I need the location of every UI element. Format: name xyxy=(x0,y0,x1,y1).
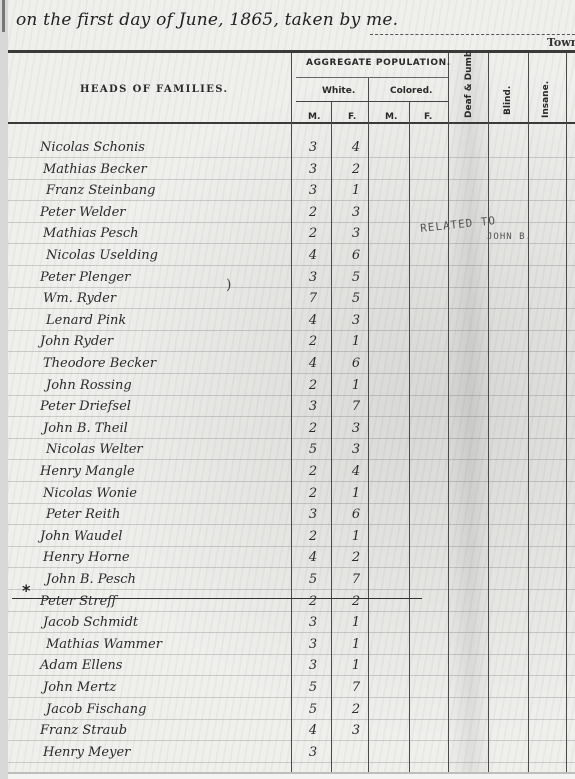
head-of-family-name: John Ryder xyxy=(40,334,113,349)
row-rule xyxy=(8,459,575,460)
town-label: Town xyxy=(547,36,575,49)
white-female-count: 7 xyxy=(346,399,366,414)
row-rule xyxy=(8,481,575,482)
white-male-count: 2 xyxy=(303,378,323,393)
check-mark: ) xyxy=(226,277,231,293)
row-rule xyxy=(8,157,575,158)
white-female-count: 3 xyxy=(346,226,366,241)
head-of-family-name: John Mertz xyxy=(43,680,116,695)
col-divider xyxy=(566,53,567,772)
white-male-count: 3 xyxy=(303,658,323,673)
head-of-family-name: Henry Horne xyxy=(43,550,130,565)
white-male-count: 3 xyxy=(303,162,323,177)
white-header: White. xyxy=(322,86,355,96)
head-of-family-name: Mathias Wammer xyxy=(46,637,162,652)
row-rule xyxy=(8,697,575,698)
white-male-count: 5 xyxy=(303,702,323,717)
head-of-family-name: Franz Steinbang xyxy=(46,183,155,198)
row-rule xyxy=(8,243,575,244)
white-female-count: 2 xyxy=(346,162,366,177)
white-male-count: 3 xyxy=(303,140,323,155)
head-of-family-name: Theodore Becker xyxy=(43,356,156,371)
white-male-count: 2 xyxy=(303,594,323,609)
white-female-count: 2 xyxy=(346,550,366,565)
white-female-count: 1 xyxy=(346,658,366,673)
colored-female-header: F. xyxy=(424,112,432,122)
white-male-count: 2 xyxy=(303,334,323,349)
white-female-count: 2 xyxy=(346,594,366,609)
white-male-count: 4 xyxy=(303,550,323,565)
white-male-count: 3 xyxy=(303,615,323,630)
white-male-count: 3 xyxy=(303,270,323,285)
head-of-family-name: Peter Streff xyxy=(40,594,116,609)
white-female-count: 3 xyxy=(346,421,366,436)
row-rule xyxy=(8,179,575,180)
white-female-count: 1 xyxy=(346,529,366,544)
white-female-count: 3 xyxy=(346,723,366,738)
white-male-count: 3 xyxy=(303,507,323,522)
row-rule xyxy=(8,395,575,396)
col-divider xyxy=(448,53,449,772)
white-male-count: 3 xyxy=(303,399,323,414)
row-rule xyxy=(8,675,575,676)
row-rule xyxy=(8,438,575,439)
white-female-count: 1 xyxy=(346,486,366,501)
header-subrule xyxy=(296,101,448,102)
head-of-family-name: Wm. Ryder xyxy=(43,291,116,306)
head-of-family-name: John Waudel xyxy=(40,529,122,544)
row-rule xyxy=(8,287,575,288)
white-female-count: 2 xyxy=(346,702,366,717)
white-female-count: 3 xyxy=(346,442,366,457)
row-rule xyxy=(8,330,575,331)
white-male-count: 5 xyxy=(303,680,323,695)
row-rule xyxy=(8,524,575,525)
white-male-count: 4 xyxy=(303,313,323,328)
head-of-family-name: Mathias Becker xyxy=(43,162,147,177)
head-of-family-name: John B. Pesch xyxy=(46,572,136,587)
white-female-count: 7 xyxy=(346,680,366,695)
head-of-family-name: Franz Straub xyxy=(40,723,127,738)
head-of-family-name: Henry Mangle xyxy=(40,464,135,479)
row-rule xyxy=(8,308,575,309)
dotted-rule xyxy=(370,34,575,35)
row-rule xyxy=(8,611,575,612)
white-male-count: 2 xyxy=(303,464,323,479)
scan-shadow xyxy=(448,50,493,772)
scan-edge xyxy=(0,0,8,779)
white-female-count: 3 xyxy=(346,205,366,220)
row-rule xyxy=(8,567,575,568)
heads-of-families-header: HEADS OF FAMILIES. xyxy=(80,84,228,95)
row-rule xyxy=(8,740,575,741)
white-female-count: 7 xyxy=(346,572,366,587)
related-annotation-name: JOHN B. xyxy=(487,232,532,242)
colored-male-header: M. xyxy=(385,112,397,122)
white-female-count: 4 xyxy=(346,464,366,479)
white-male-count: 5 xyxy=(303,572,323,587)
white-male-count: 2 xyxy=(303,226,323,241)
head-of-family-name: Nicolas Uselding xyxy=(46,248,158,263)
white-female-count: 1 xyxy=(346,334,366,349)
white-female-count: 6 xyxy=(346,356,366,371)
white-female-count: 3 xyxy=(346,313,366,328)
head-of-family-name: Adam Ellens xyxy=(40,658,122,673)
head-of-family-name: Peter Reith xyxy=(46,507,120,522)
head-of-family-name: Peter Welder xyxy=(40,205,126,220)
white-female-count: 5 xyxy=(346,270,366,285)
row-rule xyxy=(8,654,575,655)
head-of-family-name: Nicolas Welter xyxy=(46,442,143,457)
head-of-family-name: Mathias Pesch xyxy=(43,226,139,241)
white-male-count: 4 xyxy=(303,248,323,263)
row-rule xyxy=(8,200,575,201)
head-of-family-name: Lenard Pink xyxy=(46,313,126,328)
col-divider xyxy=(368,78,369,772)
white-female-count: 6 xyxy=(346,248,366,263)
head-of-family-name: John Rossing xyxy=(46,378,132,393)
head-of-family-name: Jacob Fischang xyxy=(46,702,146,717)
white-male-count: 4 xyxy=(303,723,323,738)
white-female-count: 4 xyxy=(346,140,366,155)
colored-header: Colored. xyxy=(390,86,432,96)
aggregate-population-header: AGGREGATE POPULATION. xyxy=(306,58,451,68)
col-divider xyxy=(528,53,529,772)
head-of-family-name: Jacob Schmidt xyxy=(43,615,138,630)
col-divider xyxy=(291,53,292,772)
entry-underline xyxy=(12,598,422,599)
white-male-count: 2 xyxy=(303,486,323,501)
blind-header: Blind. xyxy=(503,86,513,115)
white-male-count: 4 xyxy=(303,356,323,371)
row-rule xyxy=(8,351,575,352)
white-female-count: 1 xyxy=(346,183,366,198)
head-of-family-name: Nicolas Wonie xyxy=(43,486,137,501)
white-female-count: 1 xyxy=(346,378,366,393)
white-female-count: 6 xyxy=(346,507,366,522)
white-female-count: 1 xyxy=(346,615,366,630)
white-male-count: 3 xyxy=(303,183,323,198)
white-male-count: 5 xyxy=(303,442,323,457)
white-male-count: 2 xyxy=(303,421,323,436)
head-of-family-name: John B. Theil xyxy=(43,421,128,436)
white-female-count: 5 xyxy=(346,291,366,306)
row-rule xyxy=(8,416,575,417)
white-female-count: 1 xyxy=(346,637,366,652)
white-male-count: 2 xyxy=(303,205,323,220)
head-of-family-name: Peter Plenger xyxy=(40,270,130,285)
insane-header: Insane. xyxy=(541,81,551,118)
row-rule xyxy=(8,503,575,504)
row-rule xyxy=(8,719,575,720)
row-rule xyxy=(8,632,575,633)
row-rule xyxy=(8,373,575,374)
row-rule xyxy=(8,589,575,590)
head-of-family-name: Nicolas Schonis xyxy=(40,140,145,155)
white-male-header: M. xyxy=(308,112,320,122)
white-male-count: 3 xyxy=(303,745,323,760)
header-subrule xyxy=(296,77,448,78)
deaf-dumb-header: Deaf & Dumb xyxy=(464,51,474,118)
white-female-header: F. xyxy=(348,112,356,122)
head-of-family-name: Peter Driefsel xyxy=(40,399,131,414)
row-rule xyxy=(8,265,575,266)
row-rule xyxy=(8,546,575,547)
col-divider xyxy=(488,53,489,772)
white-male-count: 2 xyxy=(303,529,323,544)
row-rule xyxy=(8,762,575,763)
white-male-count: 3 xyxy=(303,637,323,652)
page-title: on the first day of June, 1865, taken by… xyxy=(16,10,398,30)
head-of-family-name: Henry Meyer xyxy=(43,745,130,760)
white-male-count: 7 xyxy=(303,291,323,306)
